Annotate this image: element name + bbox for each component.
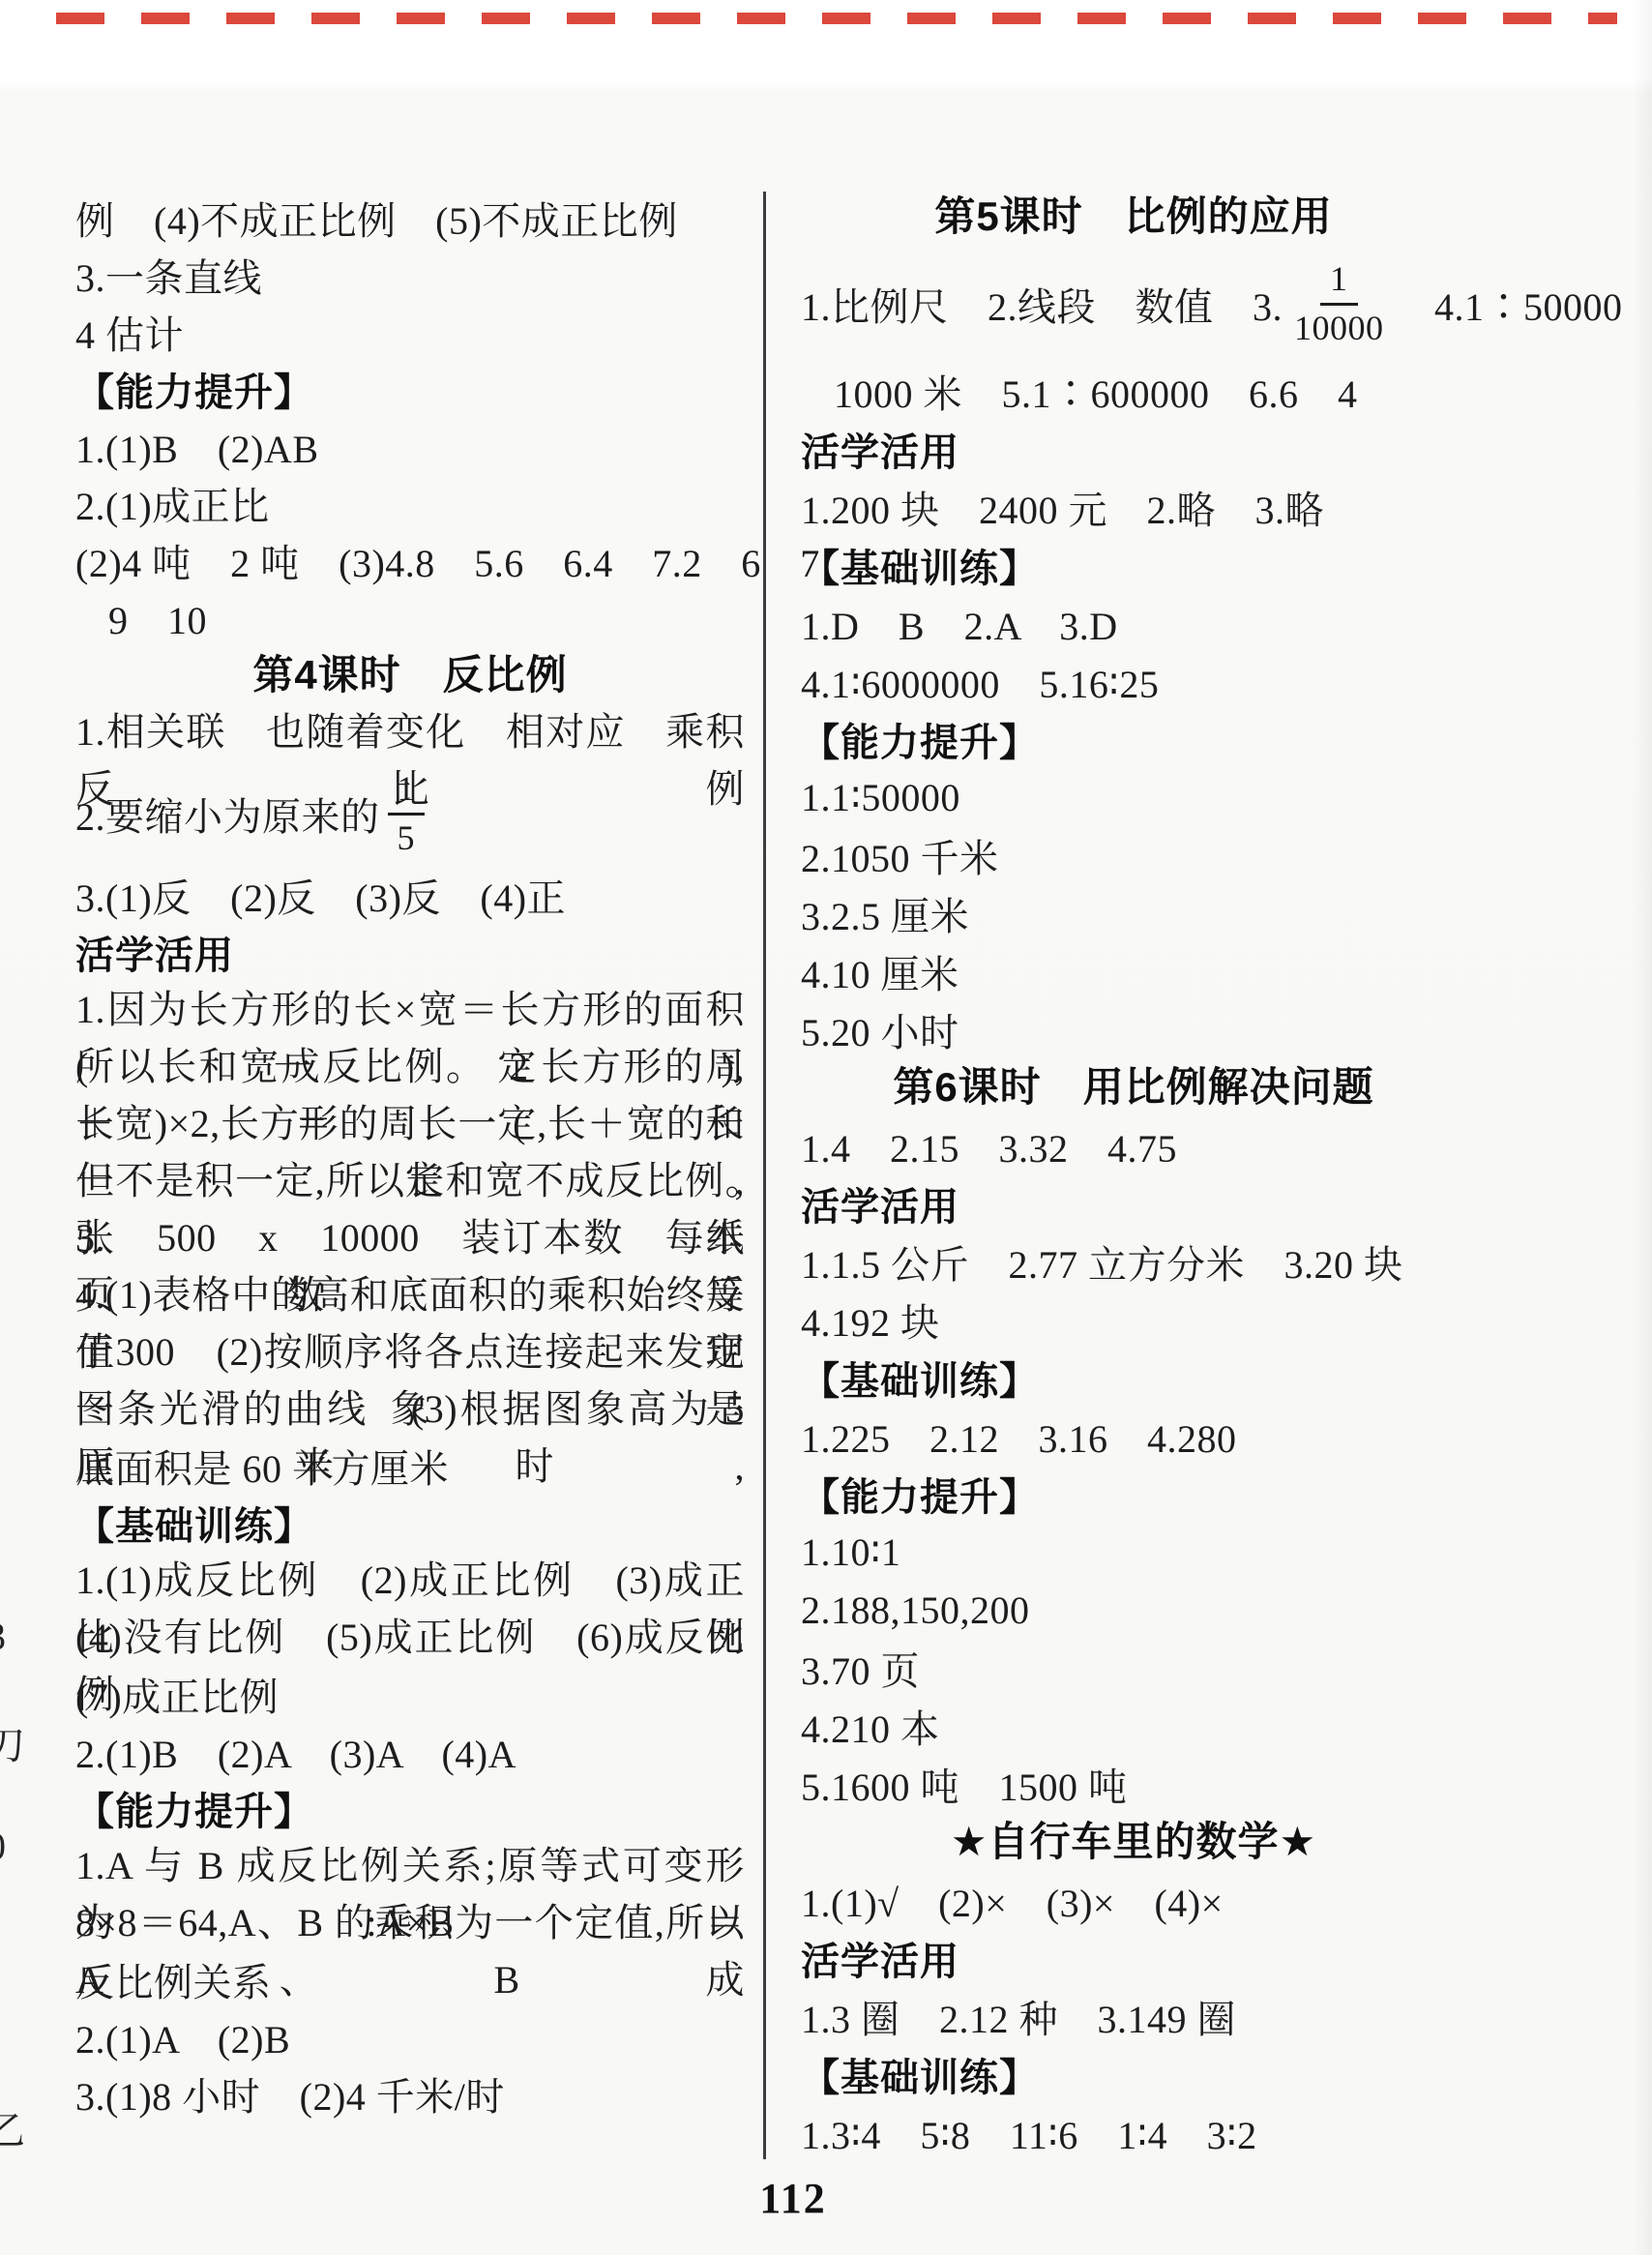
section-heading: 【基础训练】 <box>801 2045 1466 2103</box>
answer-line: 1.D B 2.A 3.D <box>801 594 1466 652</box>
answer-line: 1.200 块 2400 元 2.略 3.略 <box>801 478 1466 536</box>
answer-text: 2.要缩小为原来的 <box>75 786 380 842</box>
lesson-heading: ★自行车里的数学★ <box>801 1813 1466 1871</box>
answer-line: 但不是积一定,所以长和宽不成反比例。 3.纸 <box>75 1152 745 1209</box>
answer-line: 1.3∶4 5∶8 11∶6 1∶4 3∶2 <box>801 2103 1466 2161</box>
answer-line: 1.比例尺 2.线段 数值 3.110000 4.1∶50000 <box>801 246 1466 362</box>
answer-line: 1.因为长方形的长×宽＝长方形的面积(一定), <box>75 981 745 1038</box>
answer-line: ＋宽)×2,长方形的周长一定,长＋宽的和一定, <box>75 1095 745 1152</box>
section-heading: 活学活用 <box>801 1174 1466 1232</box>
answer-line: 3.70 页 <box>801 1639 1466 1697</box>
section-heading: 【基础训练】 <box>801 1349 1466 1407</box>
answer-line: 8×8＝64,A、B 的乘积为一个定值,所以 A、B 成 <box>75 1894 745 1951</box>
answer-text: 1.比例尺 2.线段 数值 3. <box>801 277 1283 332</box>
answer-line: 4.10 厘米 <box>801 942 1466 1000</box>
fraction: 15 <box>388 768 426 858</box>
answer-line: 1.(1)√ (2)× (3)× (4)× <box>801 1871 1466 1929</box>
answer-line: 1.(1)B (2)AB <box>75 418 745 475</box>
answer-line: 例 (4)不成正比例 (5)不成正比例 <box>75 190 745 247</box>
answer-line: 1.(1)成反比例 (2)成正比例 (3)成正比例 <box>75 1552 745 1609</box>
answer-line: 1.A 与 B 成反比例关系;原等式可变形为:A×B＝ <box>75 1837 745 1894</box>
answer-line: 4 估计 <box>75 304 745 361</box>
section-heading: 活学活用 <box>75 924 745 981</box>
answer-line: 4.(1)表格中的高和底面积的乘积始终等于定 <box>75 1266 745 1323</box>
clipped-edge-character: 刀 <box>0 1718 33 1774</box>
answer-line: 1.1∶50000 <box>801 768 1466 826</box>
answer-line: 值300 (2)按顺序将各点连接起来发现图象是 <box>75 1323 745 1380</box>
answer-line: 5.1600 吨 1500 吨 <box>801 1755 1466 1813</box>
section-heading: 活学活用 <box>801 420 1466 478</box>
answer-line: 3.2.5 厘米 <box>801 884 1466 942</box>
scanned-answer-page: 例 (4)不成正比例 (5)不成正比例3.一条直线4 估计【能力提升】1.(1)… <box>0 0 1652 2255</box>
section-heading: 活学活用 <box>801 1929 1466 1987</box>
answer-line: 4.1∶6000000 5.16∶25 <box>801 652 1466 710</box>
red-crop-marks <box>56 13 1617 24</box>
answer-line: 3.(1)8 小时 (2)4 千米/时 <box>75 2065 745 2122</box>
answer-line: 2.(1)成正比 <box>75 475 745 532</box>
right-column: 第5课时 比例的应用1.比例尺 2.线段 数值 3.110000 4.1∶500… <box>801 188 1466 2161</box>
answer-line: 所以长和宽成反比例。 2 长方形的周长＝(长 <box>75 1038 745 1095</box>
fraction: 110000 <box>1290 258 1388 348</box>
answer-line: (4)没有比例 (5)成正比例 (6)成反比例 <box>75 1609 745 1666</box>
answer-line: 2.(1)A (2)B <box>75 2008 745 2065</box>
answer-line: (7)成正比例 <box>75 1666 745 1723</box>
lesson-heading: 第5课时 比例的应用 <box>801 188 1466 246</box>
page-number: 112 <box>721 2173 866 2225</box>
section-heading: 【基础训练】 <box>75 1495 745 1552</box>
answer-line: 1.1.5 公斤 2.77 立方分米 3.20 块 <box>801 1232 1466 1291</box>
section-heading: 【能力提升】 <box>801 1465 1466 1523</box>
answer-line: 5.20 小时 <box>801 1000 1466 1058</box>
section-heading: 【基础训练】 <box>801 536 1466 594</box>
answer-line: 1.225 2.12 3.16 4.280 <box>801 1407 1466 1465</box>
answer-line: 9 10 <box>75 589 745 646</box>
clipped-edge-character: 0 <box>0 1819 33 1875</box>
answer-line: 1.4 2.15 3.32 4.75 <box>801 1116 1466 1174</box>
clipped-edge-character: 乙 <box>0 2103 33 2159</box>
lesson-heading: 第6课时 用比例解决问题 <box>801 1058 1466 1116</box>
answer-line: 1.10∶1 <box>801 1523 1466 1581</box>
answer-line: 2.188,150,200 <box>801 1581 1466 1639</box>
section-heading: 【能力提升】 <box>75 361 745 418</box>
answer-line: 4.210 本 <box>801 1697 1466 1755</box>
answer-line: 张 500 x 10000 装订本数 每本页数 反 <box>75 1209 745 1266</box>
answer-line: 3.一条直线 <box>75 247 745 304</box>
answer-line: 1.3 圈 2.12 种 3.149 圈 <box>801 1987 1466 2045</box>
answer-line: 1000 米 5.1∶600000 6.6 4 <box>801 362 1466 420</box>
answer-line: 2.(1)B (2)A (3)A (4)A <box>75 1723 745 1780</box>
section-heading: 【能力提升】 <box>75 1780 745 1837</box>
answer-line: (2)4 吨 2 吨 (3)4.8 5.6 6.4 7.2 6 7 <box>75 532 745 589</box>
clipped-edge-character: 3 <box>0 1609 33 1665</box>
answer-line: 一条光滑的曲线 (3)根据图象高为 5 厘米时, <box>75 1380 745 1438</box>
answer-line: 3.(1)反 (2)反 (3)反 (4)正 <box>75 867 745 924</box>
section-heading: 【能力提升】 <box>801 710 1466 768</box>
lesson-heading: 第4课时 反比例 <box>75 646 745 703</box>
answer-line: 2.1050 千米 <box>801 826 1466 884</box>
answer-text: 4.1∶50000 <box>1396 277 1623 332</box>
left-column: 例 (4)不成正比例 (5)不成正比例3.一条直线4 估计【能力提升】1.(1)… <box>75 190 745 2122</box>
answer-line: 4.192 块 <box>801 1291 1466 1349</box>
answer-line: 1.相关联 也随着变化 相对应 乘积 反比例 <box>75 703 745 760</box>
